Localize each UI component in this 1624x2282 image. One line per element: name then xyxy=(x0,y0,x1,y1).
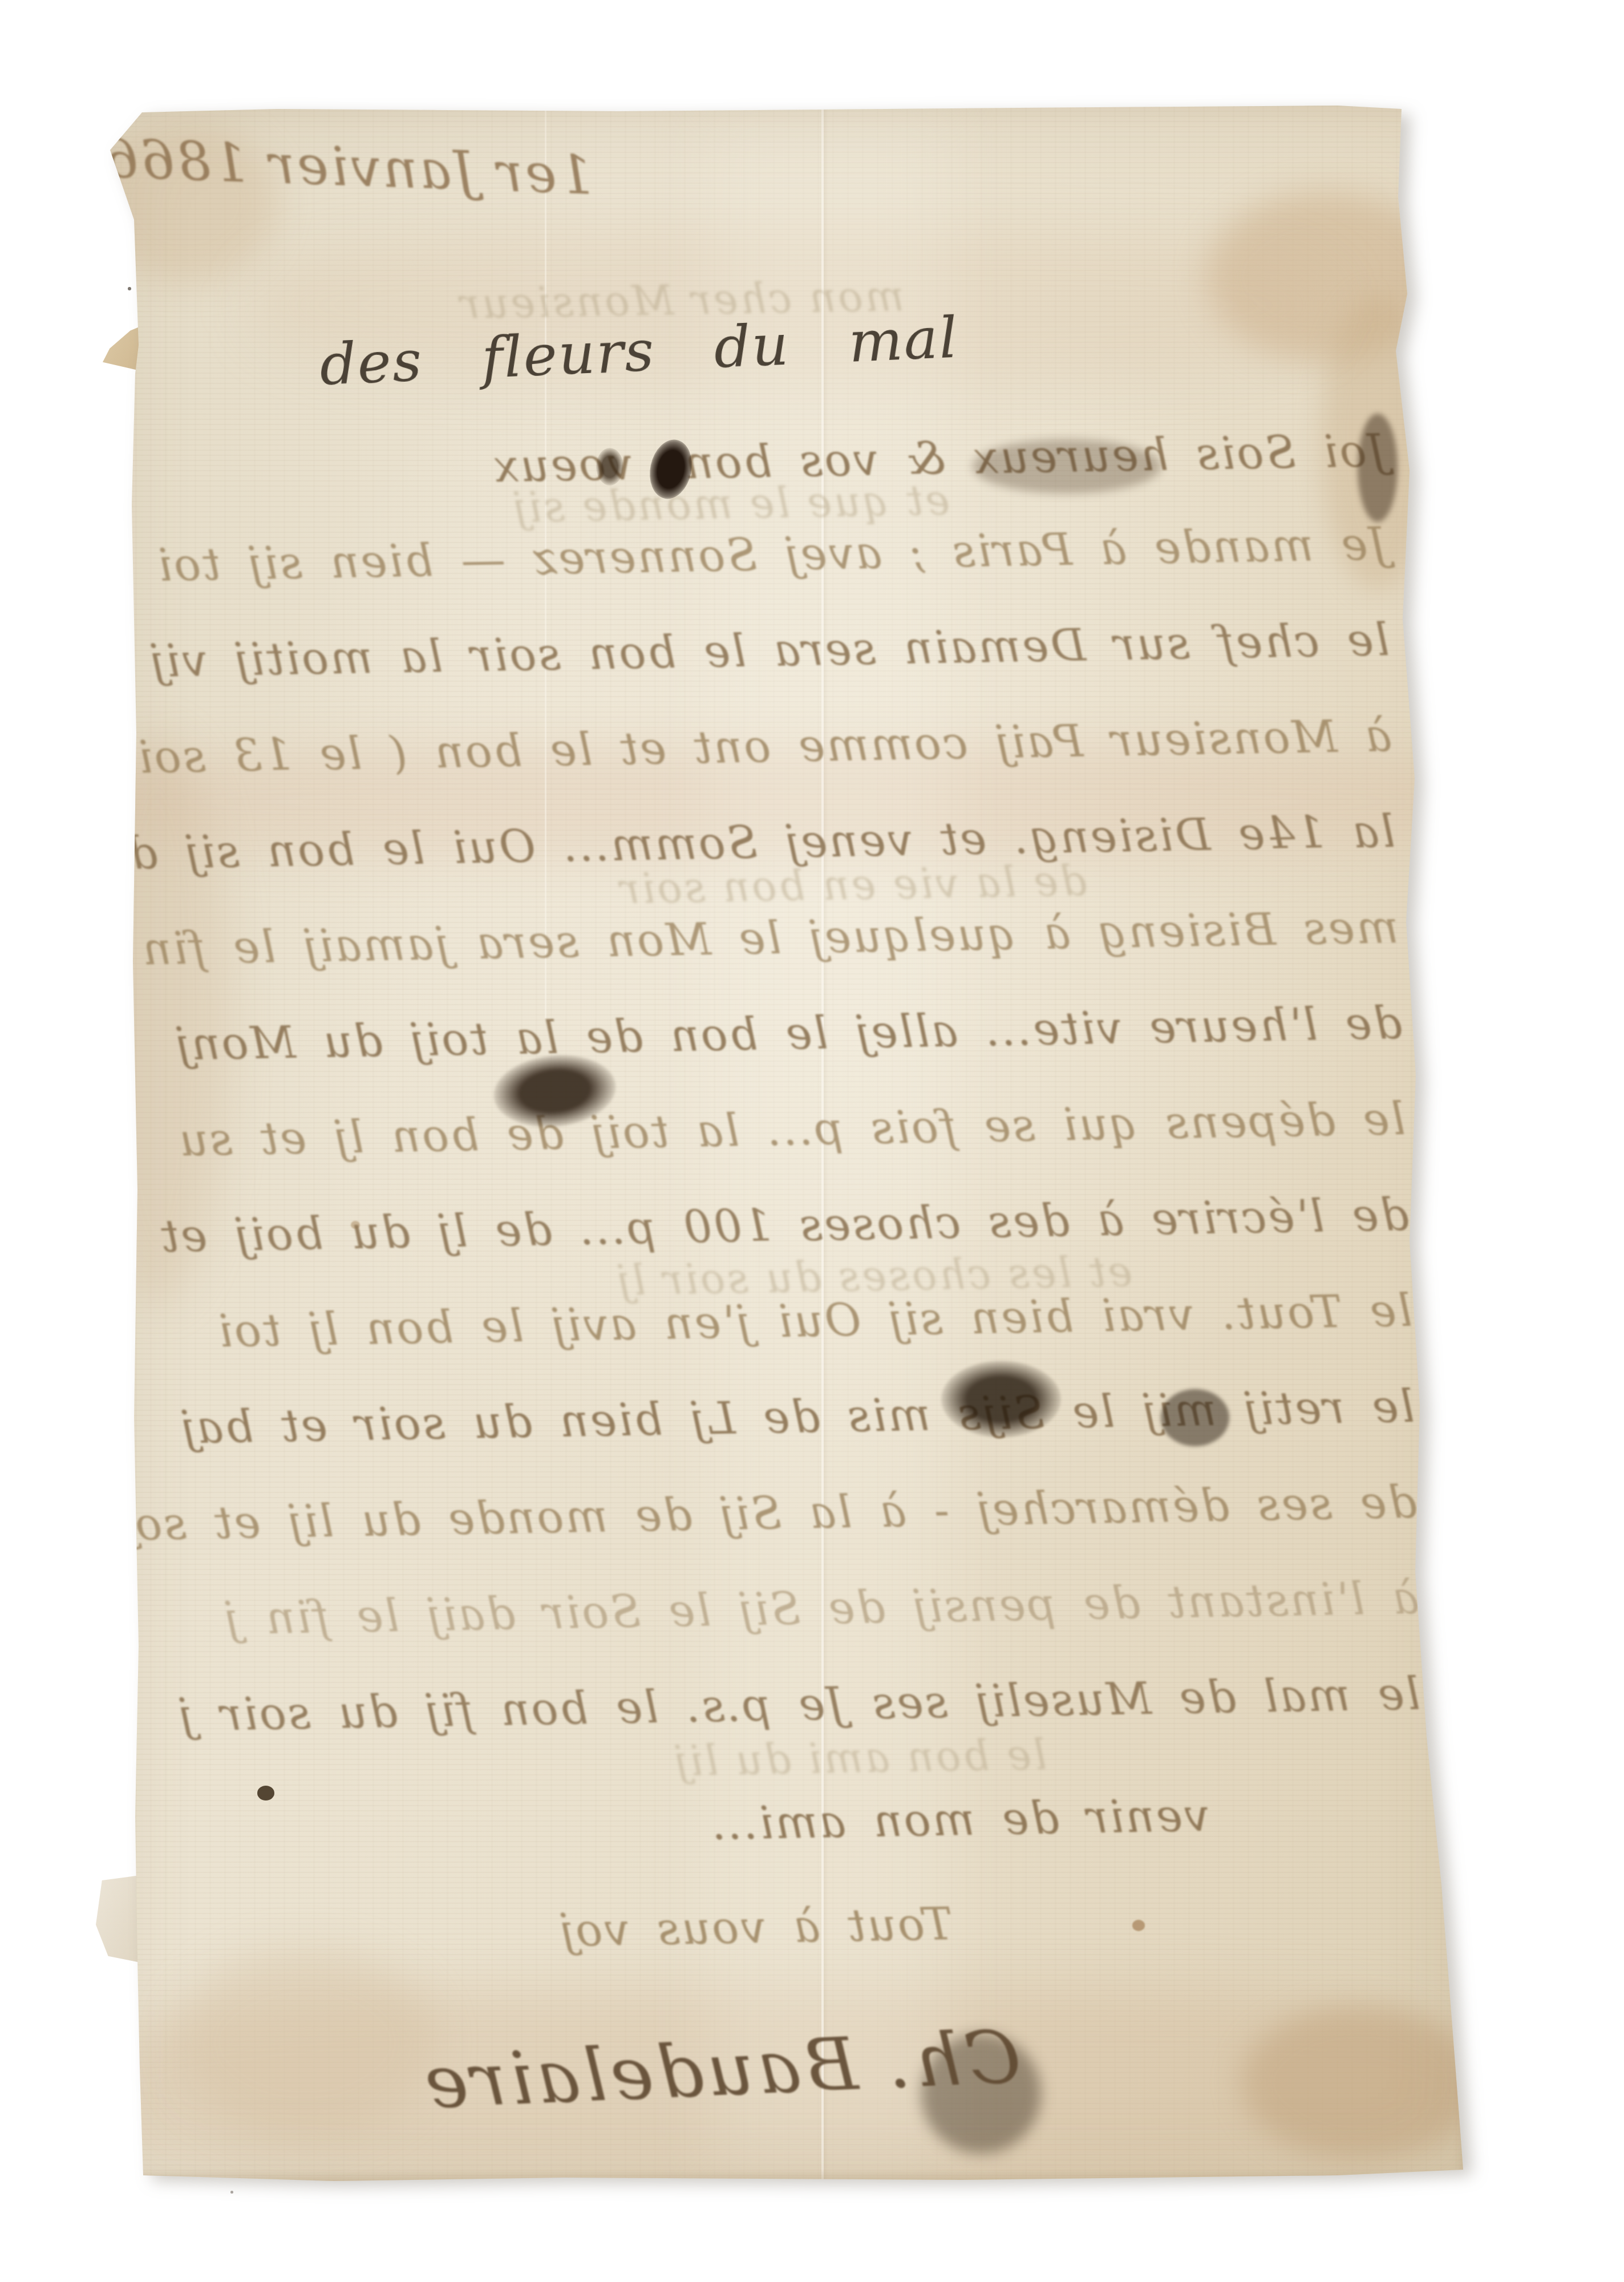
letter-sheet-wrap: 1er Janvier 1866. mon cher Monsieur et q… xyxy=(106,106,1472,2182)
dust-speck xyxy=(230,2191,233,2194)
photo-background: 1er Janvier 1866. mon cher Monsieur et q… xyxy=(0,0,1624,2282)
paper-vignette xyxy=(106,106,1472,2182)
letter-sheet: 1er Janvier 1866. mon cher Monsieur et q… xyxy=(106,106,1472,2182)
torn-edge-shading xyxy=(1456,106,1472,2182)
